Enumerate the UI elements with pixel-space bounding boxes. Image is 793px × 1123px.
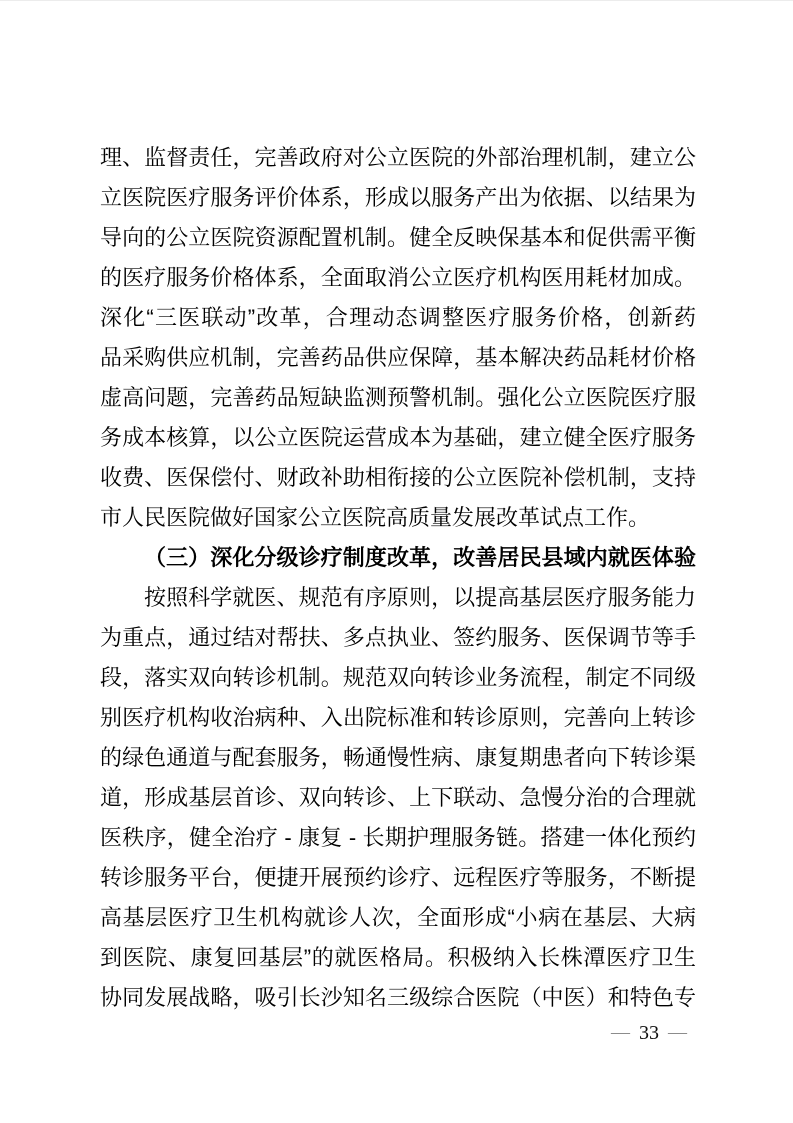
text-line: 转诊服务平台，便捷开展预约诊疗、远程医疗等服务，不断提 [100,858,696,898]
text-line: 理、监督责任，完善政府对公立医院的外部治理机制，建立公 [100,138,696,178]
text-line: 虚高问题，完善药品短缺监测预警机制。强化公立医院医疗服 [100,378,696,418]
footer-dash-left: — [602,1022,639,1044]
text-line: 段，落实双向转诊机制。规范双向转诊业务流程，制定不同级 [100,658,696,698]
text-line: 医秩序，健全治疗 - 康复 - 长期护理服务链。搭建一体化预约 [100,818,696,858]
text-line: 按照科学就医、规范有序原则，以提高基层医疗服务能力 [100,578,696,618]
text-line: 收费、医保偿付、财政补助相衔接的公立医院补偿机制，支持 [100,458,696,498]
text-line: 协同发展战略，吸引长沙知名三级综合医院（中医）和特色专 [100,978,696,1018]
section-heading: （三）深化分级诊疗制度改革，改善居民县域内就医体验 [100,538,696,578]
body-text: 理、监督责任，完善政府对公立医院的外部治理机制，建立公 立医院医疗服务评价体系，… [100,138,696,1018]
text-line: 导向的公立医院资源配置机制。健全反映保基本和促供需平衡 [100,218,696,258]
document-page: 理、监督责任，完善政府对公立医院的外部治理机制，建立公 立医院医疗服务评价体系，… [0,0,793,1123]
text-line: 深化“三医联动”改革，合理动态调整医疗服务价格，创新药 [100,298,696,338]
text-line: 立医院医疗服务评价体系，形成以服务产出为依据、以结果为 [100,178,696,218]
footer-dash-right: — [659,1022,696,1044]
text-line: 品采购供应机制，完善药品供应保障，基本解决药品耗材价格 [100,338,696,378]
text-line: 高基层医疗卫生机构就诊人次，全面形成“小病在基层、大病 [100,898,696,938]
text-line: 别医疗机构收治病种、入出院标准和转诊原则，完善向上转诊 [100,698,696,738]
text-line: 务成本核算，以公立医院运营成本为基础，建立健全医疗服务 [100,418,696,458]
page-footer: — 33 — [602,1019,696,1047]
text-line: 到医院、康复回基层”的就医格局。积极纳入长株潭医疗卫生 [100,938,696,978]
text-line: 道，形成基层首诊、双向转诊、上下联动、急慢分治的合理就 [100,778,696,818]
text-line: 的医疗服务价格体系，全面取消公立医疗机构医用耗材加成。 [100,258,696,298]
text-line: 的绿色通道与配套服务，畅通慢性病、康复期患者向下转诊渠 [100,738,696,778]
page-number: 33 [639,1022,659,1045]
text-line: 为重点，通过结对帮扶、多点执业、签约服务、医保调节等手 [100,618,696,658]
text-line: 市人民医院做好国家公立医院高质量发展改革试点工作。 [100,498,696,538]
